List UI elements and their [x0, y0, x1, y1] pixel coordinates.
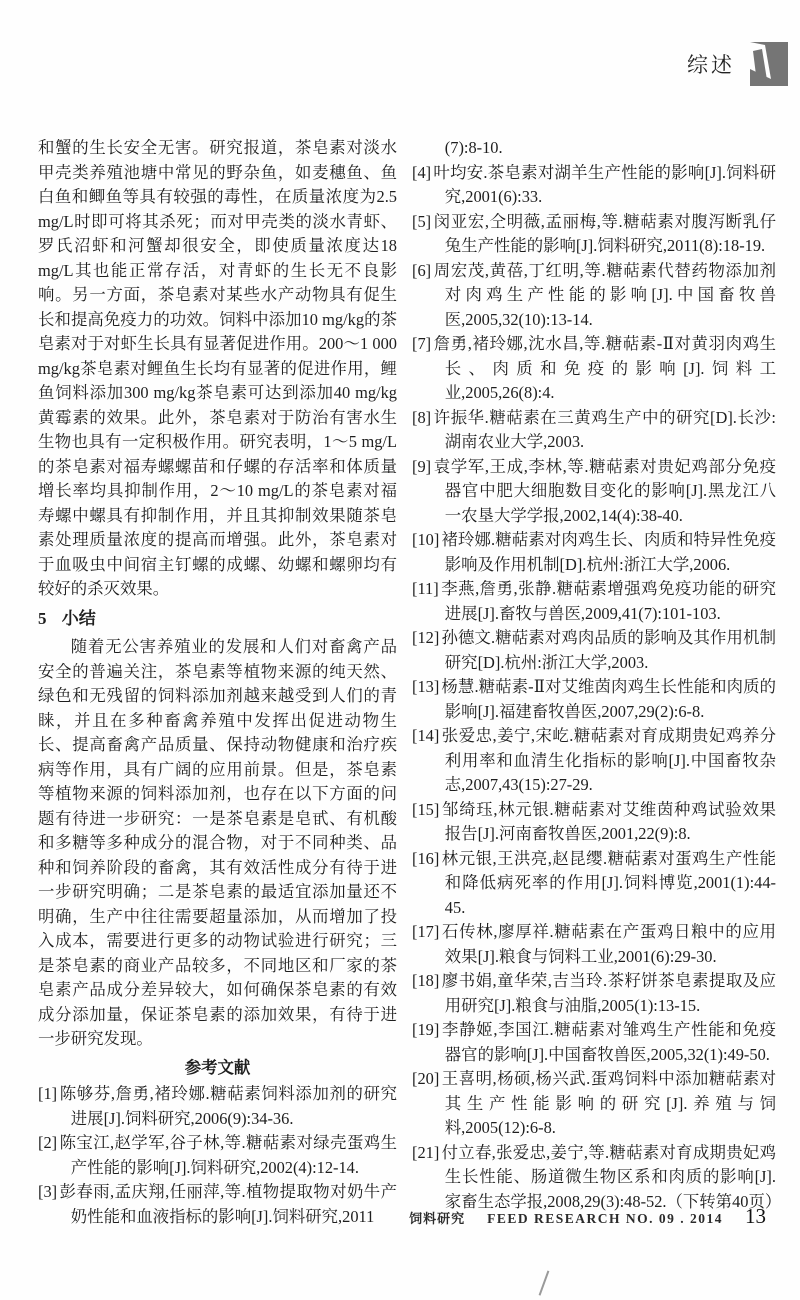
reference-item: [18]廖书娟,童华荣,吉当玲.茶籽饼茶皂素提取及应用研究[J].粮食与油脂,2… [412, 969, 776, 1018]
reference-item: [9]袁学军,王成,李林,等.糖萜素对贵妃鸡部分免疫器官中肥大细胞数目变化的影响… [412, 455, 776, 529]
reference-text: 李静姬,李国江.糖萜素对雏鸡生产性能和免疫器官的影响[J].中国畜牧兽医,200… [441, 1020, 776, 1064]
reference-item: [13]杨慧.糖萜素-Ⅱ对艾维茵肉鸡生长性能和肉质的影响[J].福建畜牧兽医,2… [412, 675, 776, 724]
reference-number: [20] [412, 1069, 439, 1088]
reference-item: [19]李静姬,李国江.糖萜素对雏鸡生产性能和免疫器官的影响[J].中国畜牧兽医… [412, 1018, 776, 1067]
reference-text: 叶均安.茶皂素对湖羊生产性能的影响[J].饲料研究,2001(6):33. [433, 163, 776, 207]
section-tag: 综述 [687, 49, 735, 79]
reference-text: 袁学军,王成,李林,等.糖萜素对贵妃鸡部分免疫器官中肥大细胞数目变化的影响[J]… [433, 457, 776, 525]
reference-text: 李燕,詹勇,张静.糖萜素增强鸡免疫功能的研究进展[J].畜牧与兽医,2009,4… [441, 579, 776, 623]
reference-text: 许振华.糖萜素在三黄鸡生产中的研究[D].长沙:湖南农业大学,2003. [433, 408, 776, 452]
reference-text: 陈宝江,赵学军,谷子林,等.糖萜素对绿壳蛋鸡生产性能的影响[J].饲料研究,20… [59, 1133, 397, 1177]
reference-text: 邹绮珏,林元银.糖萜素对艾维茵种鸡试验效果报告[J].河南畜牧兽医,2001,2… [441, 800, 776, 844]
reference-text: 闵亚宏,仝明薇,孟丽梅,等.糖萜素对腹泻断乳仔兔生产性能的影响[J].饲料研究,… [433, 212, 776, 256]
reference-text: 褚玲娜.糖萜素对肉鸡生长、肉质和特异性免疫影响及作用机制[D].杭州:浙江大学,… [441, 530, 776, 574]
reference-number: [4] [412, 163, 431, 182]
section-number: 5 [38, 609, 47, 628]
scan-artifact-slash [539, 1271, 549, 1296]
body-paragraph-aquatic: 和蟹的生长安全无害。研究报道，茶皂素对淡水甲壳类养殖池塘中常见的野杂鱼，如麦穗鱼… [38, 136, 397, 602]
reference-text: 王喜明,杨硕,杨兴武.蛋鸡饲料中添加糖萜素对其生产性能影响的研究[J].养殖与饲… [441, 1069, 776, 1137]
reference-number: [21] [412, 1143, 439, 1162]
reference-number: [16] [412, 849, 439, 868]
reference-number: [17] [412, 922, 439, 941]
reference-number: [6] [412, 261, 431, 280]
reference-number: [3] [38, 1182, 57, 1201]
reference-text: 杨慧.糖萜素-Ⅱ对艾维茵肉鸡生长性能和肉质的影响[J].福建畜牧兽医,2007,… [441, 677, 776, 721]
reference-number: [2] [38, 1133, 57, 1152]
reference-item: [1]陈够芬,詹勇,褚玲娜.糖萜素饲料添加剂的研究进展[J].饲料研究,2006… [38, 1082, 397, 1131]
reference-number: [15] [412, 800, 439, 819]
reference-item: [16]林元银,王洪亮,赵昆缨.糖萜素对蛋鸡生产性能和降低病死率的作用[J].饲… [412, 847, 776, 921]
reference-text: 付立春,张爱忠,姜宁,等.糖萜素对育成期贵妃鸡生长性能、肠道微生物区系和肉质的影… [441, 1143, 781, 1211]
reference-text: 陈够芬,詹勇,褚玲娜.糖萜素饲料添加剂的研究进展[J].饲料研究,2006(9)… [59, 1084, 397, 1128]
reference-item: [8]许振华.糖萜素在三黄鸡生产中的研究[D].长沙:湖南农业大学,2003. [412, 406, 776, 455]
reference-list-right: [4]叶均安.茶皂素对湖羊生产性能的影响[J].饲料研究,2001(6):33.… [412, 161, 776, 1215]
references-title: 参考文献 [38, 1056, 397, 1081]
right-column: (7):8-10. [4]叶均安.茶皂素对湖羊生产性能的影响[J].饲料研究,2… [412, 136, 776, 1214]
reference-item: [14]张爱忠,姜宁,宋屹.糖萜素对育成期贵妃鸡养分利用率和血清生化指标的影响[… [412, 724, 776, 798]
reference-number: [11] [412, 579, 439, 598]
reference-number: [10] [412, 530, 439, 549]
reference-item: [6]周宏茂,黄蓓,丁红明,等.糖萜素代替药物添加剂对肉鸡生产性能的影响[J].… [412, 259, 776, 333]
reference-text: 孙德文.糖萜素对鸡肉品质的影响及其作用机制研究[D].杭州:浙江大学,2003. [441, 628, 776, 672]
reference-list-left: [1]陈够芬,詹勇,褚玲娜.糖萜素饲料添加剂的研究进展[J].饲料研究,2006… [38, 1082, 397, 1229]
reference-item: [4]叶均安.茶皂素对湖羊生产性能的影响[J].饲料研究,2001(6):33. [412, 161, 776, 210]
reference-carryover: (7):8-10. [412, 136, 776, 161]
reference-item: [11]李燕,詹勇,张静.糖萜素增强鸡免疫功能的研究进展[J].畜牧与兽医,20… [412, 577, 776, 626]
reference-number: [19] [412, 1020, 439, 1039]
reference-text: 林元银,王洪亮,赵昆缨.糖萜素对蛋鸡生产性能和降低病死率的作用[J].饲料博览,… [441, 849, 776, 917]
reference-number: [18] [412, 971, 439, 990]
journal-page: 综述 和蟹的生长安全无害。研究报道，茶皂素对淡水甲壳类养殖池塘中常见的野杂鱼，如… [0, 0, 800, 1300]
reference-number: [5] [412, 212, 431, 231]
page-header: 综述 [687, 42, 788, 86]
reference-item: [3]彭春雨,孟庆翔,任丽萍,等.植物提取物对奶牛产奶性能和血液指标的影响[J]… [38, 1180, 397, 1229]
page-footer: 饲料研究 FEED RESEARCH NO. 09 . 2014 13 [409, 1204, 766, 1229]
reference-item: [2]陈宝江,赵学军,谷子林,等.糖萜素对绿壳蛋鸡生产性能的影响[J].饲料研究… [38, 1131, 397, 1180]
reference-number: [8] [412, 408, 431, 427]
reference-item: [12]孙德文.糖萜素对鸡肉品质的影响及其作用机制研究[D].杭州:浙江大学,2… [412, 626, 776, 675]
left-column: 和蟹的生长安全无害。研究报道，茶皂素对淡水甲壳类养殖池塘中常见的野杂鱼，如麦穗鱼… [38, 136, 397, 1229]
journal-name-cn: 饲料研究 [409, 1208, 465, 1227]
reference-number: [14] [412, 726, 439, 745]
reference-text: 张爱忠,姜宁,宋屹.糖萜素对育成期贵妃鸡养分利用率和血清生化指标的影响[J].中… [441, 726, 776, 794]
reference-number: [9] [412, 457, 431, 476]
reference-item: [20]王喜明,杨硕,杨兴武.蛋鸡饲料中添加糖萜素对其生产性能影响的研究[J].… [412, 1067, 776, 1141]
page-number: 13 [745, 1204, 766, 1229]
reference-item: [17]石传林,廖厚祥.糖萜素在产蛋鸡日粮中的应用效果[J].粮食与饲料工业,2… [412, 920, 776, 969]
reference-item: [7]詹勇,褚玲娜,沈水昌,等.糖萜素-Ⅱ对黄羽肉鸡生长、肉质和免疫的影响[J]… [412, 332, 776, 406]
reference-item: [15]邹绮珏,林元银.糖萜素对艾维茵种鸡试验效果报告[J].河南畜牧兽医,20… [412, 798, 776, 847]
reference-number: [1] [38, 1084, 57, 1103]
reference-text: 彭春雨,孟庆翔,任丽萍,等.植物提取物对奶牛产奶性能和血液指标的影响[J].饲料… [59, 1182, 397, 1226]
reference-text: 詹勇,褚玲娜,沈水昌,等.糖萜素-Ⅱ对黄羽肉鸡生长、肉质和免疫的影响[J].饲料… [433, 334, 776, 402]
reference-item: [5]闵亚宏,仝明薇,孟丽梅,等.糖萜素对腹泻断乳仔兔生产性能的影响[J].饲料… [412, 210, 776, 259]
reference-number: [7] [412, 334, 431, 353]
reference-item: [21]付立春,张爱忠,姜宁,等.糖萜素对育成期贵妃鸡生长性能、肠道微生物区系和… [412, 1141, 776, 1215]
reference-number: [13] [412, 677, 439, 696]
reference-text: 石传林,廖厚祥.糖萜素在产蛋鸡日粮中的应用效果[J].粮食与饲料工业,2001(… [441, 922, 776, 966]
section-heading: 5小结 [38, 607, 397, 632]
body-paragraph-summary: 随着无公害养殖业的发展和人们对畜禽产品安全的普遍关注，茶皂素等植物来源的纯天然、… [38, 635, 397, 1052]
reference-text: 廖书娟,童华荣,吉当玲.茶籽饼茶皂素提取及应用研究[J].粮食与油脂,2005(… [441, 971, 776, 1015]
section-title: 小结 [62, 609, 96, 628]
reference-item: [10]褚玲娜.糖萜素对肉鸡生长、肉质和特异性免疫影响及作用机制[D].杭州:浙… [412, 528, 776, 577]
reference-text: 周宏茂,黄蓓,丁红明,等.糖萜素代替药物添加剂对肉鸡生产性能的影响[J].中国畜… [433, 261, 776, 329]
journal-name-en: FEED RESEARCH NO. 09 . 2014 [487, 1211, 723, 1227]
open-door-logo-icon [750, 42, 788, 86]
reference-number: [12] [412, 628, 439, 647]
